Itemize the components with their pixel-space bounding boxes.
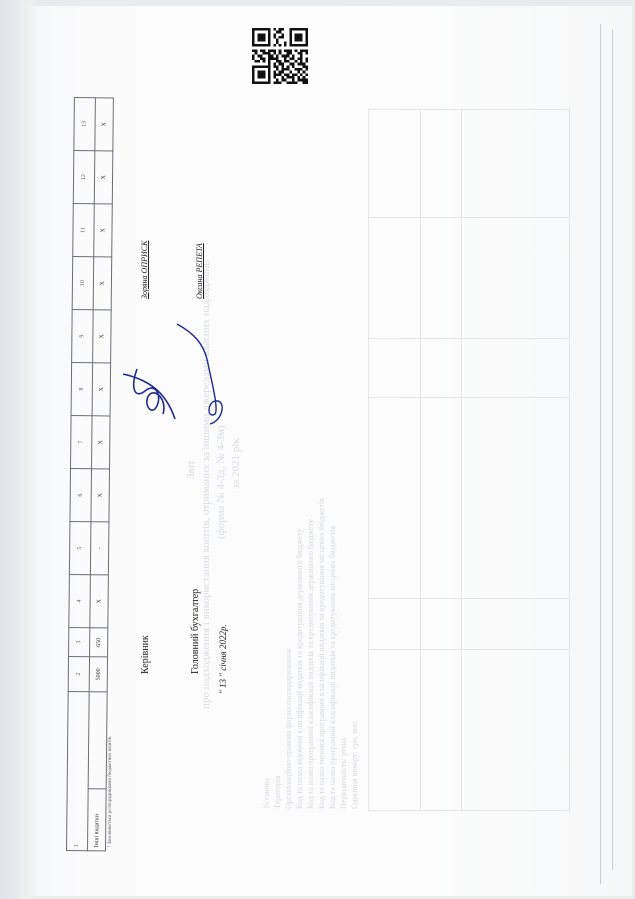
col-header-12: 12 [73, 151, 95, 204]
accountant-role-label: Головний бухгалтер [190, 589, 201, 674]
row-cell: X [90, 575, 109, 628]
head-role-label: Керівник [140, 635, 151, 674]
row-cell: X [92, 416, 111, 469]
row-cell-blank [88, 692, 107, 789]
row-cell: - [90, 522, 109, 575]
accountant-name: Оксана РЕПЕТА [195, 243, 204, 299]
ghost-line: Організаційно-правова форма господарюван… [284, 649, 293, 809]
ghost-line: Одиниця виміру: грн. коп. [350, 720, 359, 809]
ghost-line: Код та назва програмної класифікації вид… [306, 519, 315, 809]
row-cell: 5000 [89, 657, 107, 692]
ghost-line: Періодичність: річна [339, 738, 348, 809]
ghost-table-row [420, 109, 462, 811]
qr-code-icon [252, 28, 308, 84]
page-right-border [612, 30, 613, 870]
col-header-13: 13 [74, 98, 96, 151]
ghost-line: Територія [273, 775, 282, 809]
ghost-table-col [368, 397, 570, 599]
handwritten-signature-icon [115, 319, 235, 519]
row-cell: X [95, 98, 114, 151]
row-cell: 650 [90, 628, 108, 657]
col-header-6: 6 [70, 469, 92, 522]
col-header-5: 5 [69, 522, 91, 575]
col-header-8: 8 [71, 363, 93, 416]
ghost-line: Код та назва типової програмної класифік… [317, 498, 326, 809]
col-header-7: 7 [71, 416, 93, 469]
row-cell: X [93, 310, 112, 363]
col-header-9: 9 [72, 310, 94, 363]
head-name: Зоряна ОПРИСК [140, 241, 149, 299]
ghost-line: Код та назва програмної класифікації вид… [328, 526, 337, 809]
col-header-4: 4 [69, 575, 91, 628]
page-edge-line [600, 24, 601, 884]
expenditure-table: 1 2 3 4 5 6 7 8 9 10 11 12 13 Інші видат… [66, 97, 114, 851]
table-footnote: ¹ Заповнюється розпорядниками бюджетних … [108, 736, 113, 847]
rotated-document: Звіт про надходження і використання кошт… [0, 0, 635, 899]
row-cell: X [93, 257, 112, 310]
signature-date: " 13 " січня 2022р. [218, 624, 228, 694]
row-label: Інші видатки [88, 789, 107, 851]
col-header-3: 3 [69, 628, 90, 657]
row-cell: X [94, 151, 113, 204]
ghost-line: Установа [262, 778, 271, 809]
col-header-2: 2 [68, 657, 89, 692]
row-cell: X [92, 363, 111, 416]
ghost-line: Код та назва відомчої класифікації видат… [295, 528, 304, 809]
row-cell: X [94, 204, 113, 257]
ghost-table-col [368, 217, 570, 339]
ghost-table-col [368, 649, 570, 811]
col-header-11: 11 [73, 204, 95, 257]
row-cell: X [91, 469, 110, 522]
col-header-10: 10 [72, 257, 94, 310]
col-header-1: 1 [67, 692, 90, 851]
